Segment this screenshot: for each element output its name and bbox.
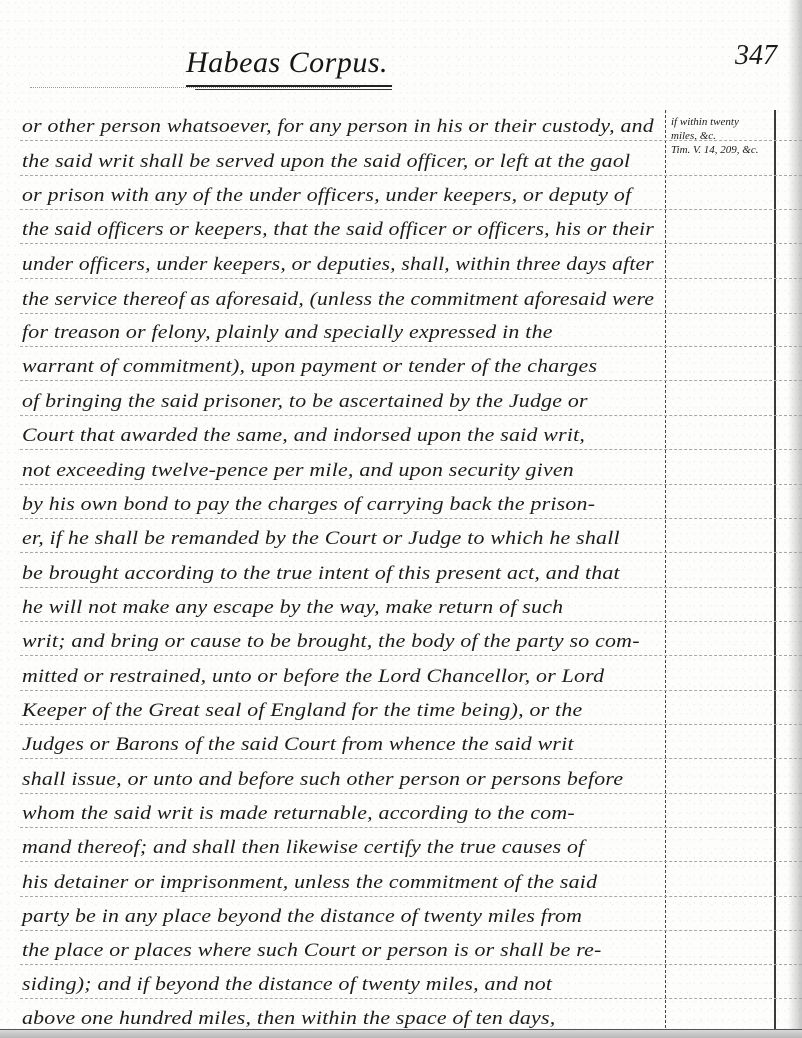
text-line: under officers, under keepers, or deputi… (22, 251, 662, 291)
text-line: Judges or Barons of the said Court from … (22, 731, 662, 771)
manuscript-body: or other person whatsoever, for any pers… (0, 0, 802, 1038)
text-line: Court that awarded the same, and indorse… (22, 422, 662, 462)
text-line: warrant of commitment), upon payment or … (22, 353, 662, 393)
manuscript-page: Habeas Corpus. 347 if within twenty mile… (0, 0, 802, 1038)
text-line: er, if he shall be remanded by the Court… (22, 525, 662, 565)
text-line: the said officers or keepers, that the s… (22, 216, 662, 256)
text-line: mand thereof; and shall then likewise ce… (22, 834, 662, 874)
text-line: writ; and bring or cause to be brought, … (22, 628, 662, 668)
text-line: or other person whatsoever, for any pers… (22, 113, 662, 153)
scan-bottom-edge (0, 1029, 802, 1038)
